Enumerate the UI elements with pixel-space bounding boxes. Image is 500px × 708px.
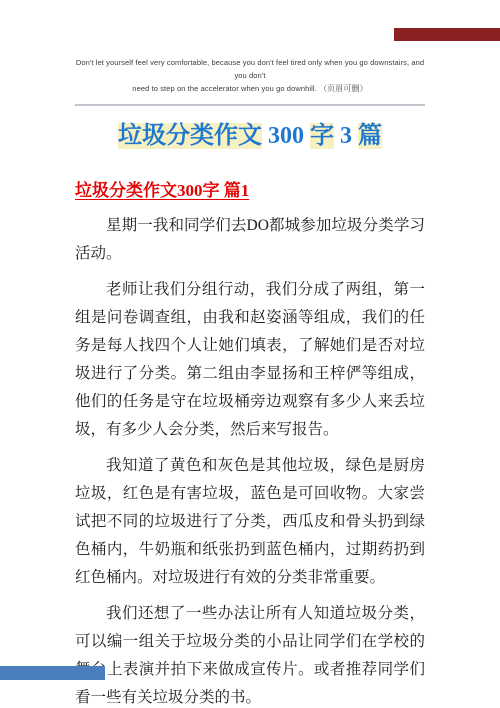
top-right-decoration-bar [394,28,500,41]
body-paragraph: 我知道了黄色和灰色是其他垃圾，绿色是厨房垃圾，红色是有害垃圾，蓝色是可回收物。大… [75,452,425,592]
body-paragraph: 老师让我们分组行动，我们分成了两组，第一组是问卷调查组，由我和赵姿涵等组成，我们… [75,276,425,444]
title-segment: 300 [262,123,310,149]
page-header: Don't let yourself feel very comfortable… [72,56,428,95]
doc-body: 星期一我和同学们去DO都城参加垃圾分类学习活动。老师让我们分组行动，我们分成了两… [75,212,425,708]
header-removable-note: （页眉可删） [319,84,368,93]
header-divider [75,104,425,106]
header-line-2: need to step on the accelerator when you… [72,82,428,95]
body-paragraph: 星期一我和同学们去DO都城参加垃圾分类学习活动。 [75,212,425,268]
header-line-1: Don't let yourself feel very comfortable… [72,56,428,82]
section-heading: 垃圾分类作文300字 篇1 [75,180,425,202]
title-segment: 字 [310,123,334,149]
title-segment: 3 [334,123,358,149]
title-segment: 垃圾分类作文 [118,123,262,149]
doc-title: 垃圾分类作文 300 字 3 篇 [75,119,425,153]
body-paragraph: 我们还想了一些办法让所有人知道垃圾分类，可以编一组关于垃圾分类的小品让同学们在学… [75,600,425,708]
title-segment: 篇 [358,123,382,149]
document-page: Don't let yourself feel very comfortable… [0,0,500,708]
bottom-left-decoration-bar [0,666,105,680]
